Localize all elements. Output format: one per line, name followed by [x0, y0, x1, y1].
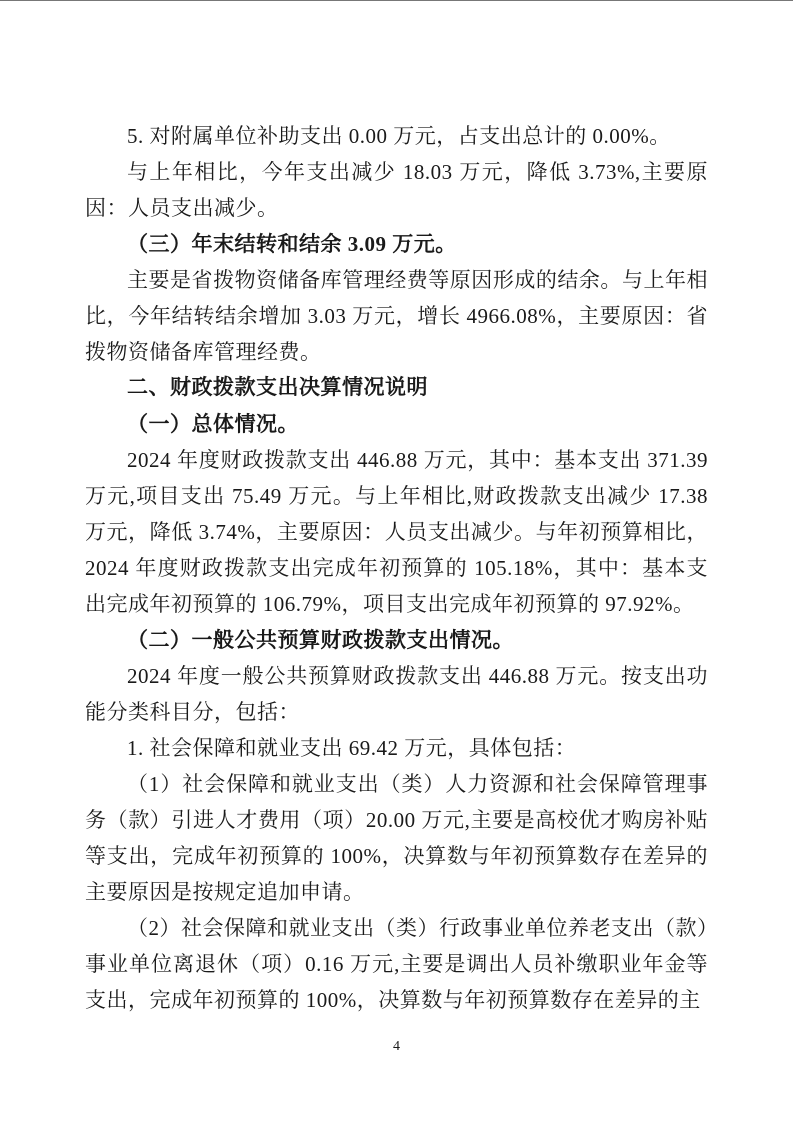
- page-number: 4: [0, 1039, 793, 1055]
- para-general-budget-total: 2024 年度一般公共预算财政拨款支出 446.88 万元。按支出功能分类科目分…: [85, 658, 708, 730]
- para-item-1-talent-introduction-fee: （1）社会保障和就业支出（类）人力资源和社会保障管理事务（款）引进人才费用（项）…: [85, 766, 708, 910]
- para-carryover-explanation: 主要是省拨物资储备库管理经费等原因形成的结余。与上年相比，今年结转结余增加 3.…: [85, 262, 708, 370]
- para-item-2-institution-retirement: （2）社会保障和就业支出（类）行政事业单位养老支出（款）事业单位离退休（项）0.…: [85, 910, 708, 1018]
- heading-overall-situation: （一）总体情况。: [85, 406, 708, 442]
- para-yoy-expenditure-change: 与上年相比，今年支出减少 18.03 万元，降低 3.73%,主要原因：人员支出…: [85, 154, 708, 226]
- heading-yearend-carryover-balance: （三）年末结转和结余 3.09 万元。: [85, 226, 708, 262]
- document-page: 5. 对附属单位补助支出 0.00 万元，占支出总计的 0.00%。 与上年相比…: [0, 0, 793, 1122]
- para-social-security-total: 1. 社会保障和就业支出 69.42 万元，具体包括：: [85, 730, 708, 766]
- para-affiliated-unit-subsidy: 5. 对附属单位补助支出 0.00 万元，占支出总计的 0.00%。: [85, 118, 708, 154]
- para-overall-situation-details: 2024 年度财政拨款支出 446.88 万元，其中：基本支出 371.39 万…: [85, 442, 708, 622]
- heading-fiscal-appropriation-section: 二、财政拨款支出决算情况说明: [85, 370, 708, 406]
- heading-general-public-budget: （二）一般公共预算财政拨款支出情况。: [85, 622, 708, 658]
- document-body: 5. 对附属单位补助支出 0.00 万元，占支出总计的 0.00%。 与上年相比…: [85, 118, 708, 1018]
